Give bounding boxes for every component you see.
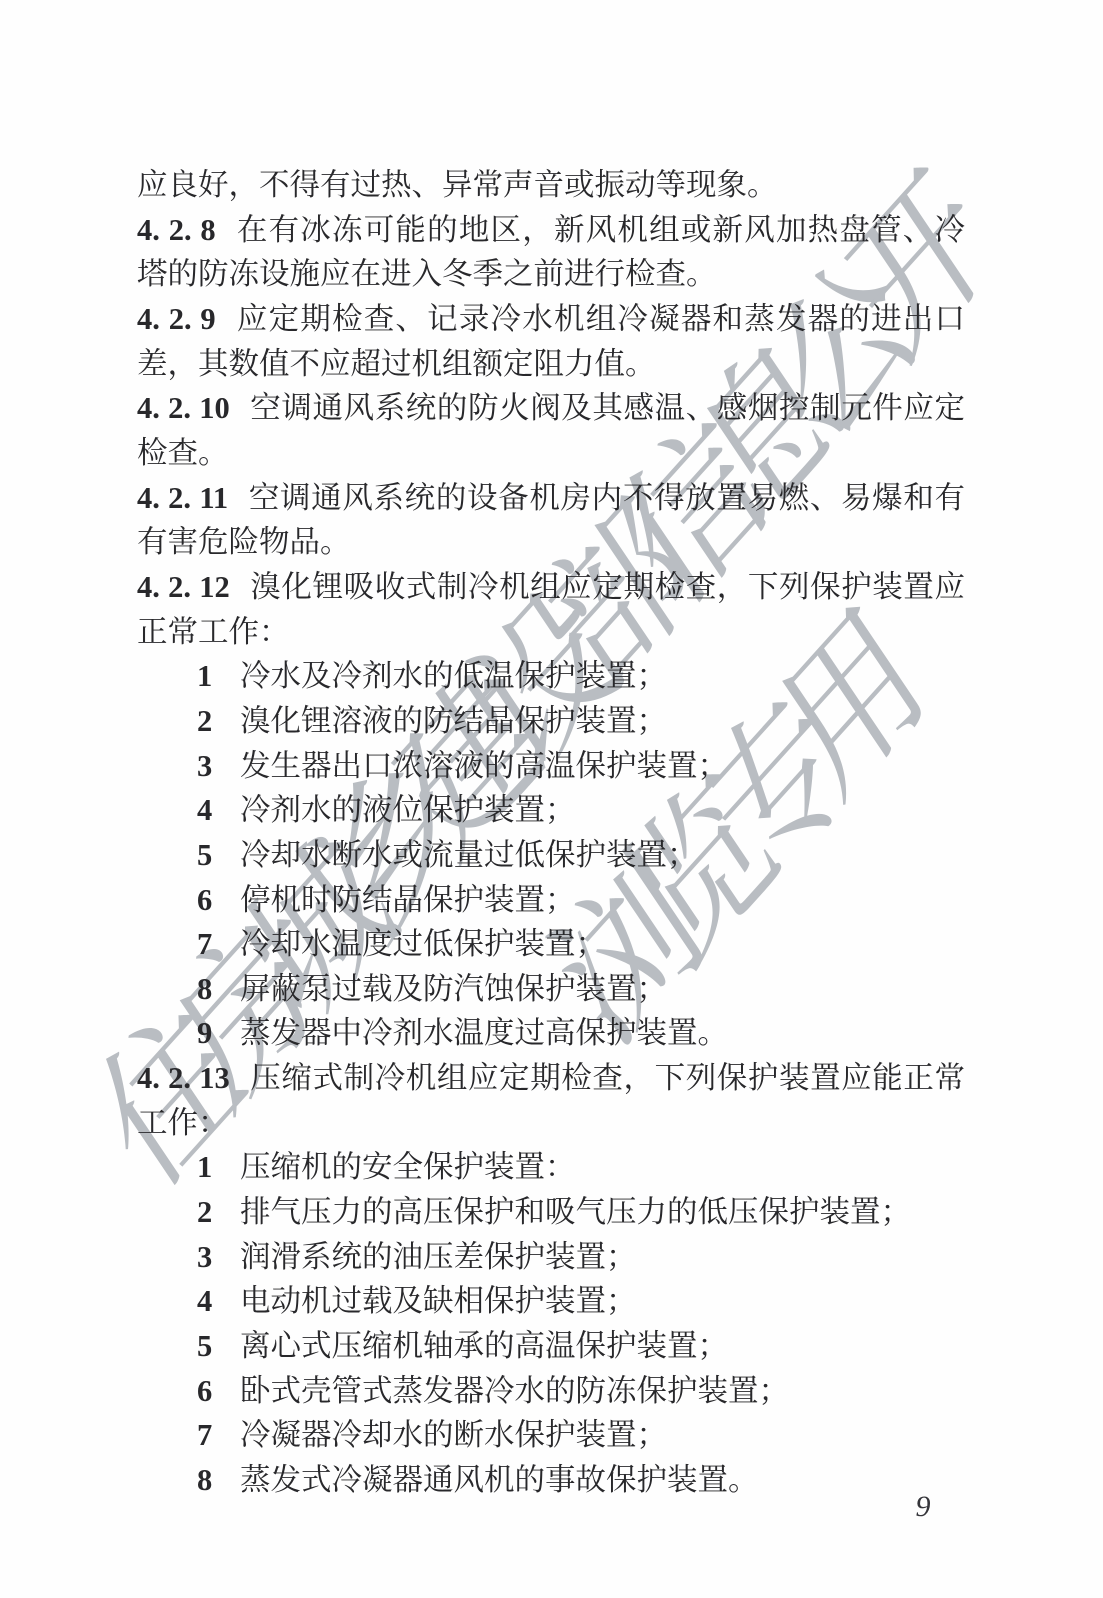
list-item-number: 2: [197, 699, 240, 744]
list-item-line: 7冷凝器冷却水的断水保护装置；: [137, 1413, 965, 1458]
list-item-number: 2: [197, 1190, 240, 1235]
section-4-2-11-line-1: 4. 2. 11空调通风系统的设备机房内不得放置易燃、易爆和有毒: [137, 476, 965, 521]
section-text: 溴化锂吸收式制冷机组应定期检查，下列保护装置应能: [137, 570, 965, 610]
list-item-text: 冷凝器冷却水的断水保护装置；: [240, 1418, 667, 1452]
list-item-text: 发生器出口浓溶液的高温保护装置；: [240, 749, 728, 783]
section-4-2-9-line-1: 4. 2. 9应定期检查、记录冷水机组冷凝器和蒸发器的进出口压: [137, 297, 965, 342]
list-item-number: 6: [197, 878, 240, 923]
page-text: 应良好，不得有过热、异常声音或振动等现象。 4. 2. 8在有冰冻可能的地区，新…: [137, 163, 965, 1503]
section-number: 4. 2. 10: [137, 391, 230, 425]
list-item-number: 9: [197, 1011, 240, 1056]
section-4-2-8-line-1: 4. 2. 8在有冰冻可能的地区，新风机组或新风加热盘管、冷却: [137, 208, 965, 253]
list-item-number: 1: [197, 654, 240, 699]
list-item-line: 8屏蔽泵过载及防汽蚀保护装置；: [137, 967, 965, 1012]
list-item-text: 卧式壳管式蒸发器冷水的防冻保护装置；: [240, 1374, 789, 1408]
section-number: 4. 2. 13: [137, 1061, 230, 1095]
list-item-line: 6停机时防结晶保护装置；: [137, 878, 965, 923]
list-item-line: 3发生器出口浓溶液的高温保护装置；: [137, 744, 965, 789]
list-item-text: 离心式压缩机轴承的高温保护装置；: [240, 1329, 728, 1363]
list-item-text: 冷却水温度过低保护装置；: [240, 927, 606, 961]
section-number: 4. 2. 9: [137, 302, 216, 336]
list-item-number: 8: [197, 967, 240, 1012]
paragraph-continuation-line: 应良好，不得有过热、异常声音或振动等现象。: [137, 163, 965, 208]
section-number: 4. 2. 12: [137, 570, 230, 604]
list-item-line: 9蒸发器中冷剂水温度过高保护装置。: [137, 1011, 965, 1056]
list-item-text: 蒸发器中冷剂水温度过高保护装置。: [240, 1016, 728, 1050]
list-item-text: 屏蔽泵过载及防汽蚀保护装置；: [240, 972, 667, 1006]
list-item-number: 8: [197, 1458, 240, 1503]
list-item-number: 7: [197, 1413, 240, 1458]
list-item-line: 5离心式压缩机轴承的高温保护装置；: [137, 1324, 965, 1369]
list-item-line: 2排气压力的高压保护和吸气压力的低压保护装置；: [137, 1190, 965, 1235]
list-item-number: 1: [197, 1145, 240, 1190]
page-number: 9: [893, 1490, 953, 1524]
list-item-text: 冷剂水的液位保护装置；: [240, 793, 576, 827]
list-item-text: 冷却水断水或流量过低保护装置；: [240, 838, 698, 872]
list-item-line: 1压缩机的安全保护装置：: [137, 1145, 965, 1190]
list-item-text: 停机时防结晶保护装置；: [240, 883, 576, 917]
list-item-text: 溴化锂溶液的防结晶保护装置；: [240, 704, 667, 738]
list-item-line: 7冷却水温度过低保护装置；: [137, 922, 965, 967]
section-4-2-9-line-2: 差，其数值不应超过机组额定阻力值。: [137, 342, 965, 387]
section-text: 空调通风系统的设备机房内不得放置易燃、易爆和有毒: [137, 481, 965, 521]
list-item-text: 蒸发式冷凝器通风机的事故保护装置。: [240, 1463, 759, 1497]
section-text: 在有冰冻可能的地区，新风机组或新风加热盘管、冷却: [137, 213, 965, 253]
list-item-text: 冷水及冷剂水的低温保护装置；: [240, 659, 667, 693]
list-item-number: 4: [197, 1279, 240, 1324]
list-item-line: 8蒸发式冷凝器通风机的事故保护装置。: [137, 1458, 965, 1503]
list-item-line: 3润滑系统的油压差保护装置；: [137, 1235, 965, 1280]
list-item-line: 5冷却水断水或流量过低保护装置；: [137, 833, 965, 878]
section-4-2-10-line-1: 4. 2. 10空调通风系统的防火阀及其感温、感烟控制元件应定期: [137, 386, 965, 431]
list-item-number: 3: [197, 1235, 240, 1280]
section-text: 压缩式制冷机组应定期检查，下列保护装置应能正常: [250, 1061, 965, 1095]
list-item-line: 4冷剂水的液位保护装置；: [137, 788, 965, 833]
list-item-text: 排气压力的高压保护和吸气压力的低压保护装置；: [240, 1195, 911, 1229]
list-item-text: 压缩机的安全保护装置：: [240, 1150, 576, 1184]
section-number: 4. 2. 8: [137, 213, 216, 247]
section-4-2-11-line-2: 有害危险物品。: [137, 520, 965, 565]
list-item-line: 4电动机过载及缺相保护装置；: [137, 1279, 965, 1324]
list-item-line: 1冷水及冷剂水的低温保护装置；: [137, 654, 965, 699]
section-4-2-13-line-2: 工作：: [137, 1101, 965, 1146]
section-4-2-12-line-2: 正常工作：: [137, 610, 965, 655]
section-text: 空调通风系统的防火阀及其感温、感烟控制元件应定期: [137, 391, 965, 431]
list-item-text: 润滑系统的油压差保护装置；: [240, 1240, 637, 1274]
section-4-2-13-line-1: 4. 2. 13压缩式制冷机组应定期检查，下列保护装置应能正常: [137, 1056, 965, 1101]
list-item-line: 6卧式壳管式蒸发器冷水的防冻保护装置；: [137, 1369, 965, 1414]
list-item-number: 7: [197, 922, 240, 967]
section-number: 4. 2. 11: [137, 481, 228, 515]
list-item-line: 2溴化锂溶液的防结晶保护装置；: [137, 699, 965, 744]
section-text: 应定期检查、记录冷水机组冷凝器和蒸发器的进出口压: [137, 302, 965, 342]
list-item-number: 3: [197, 744, 240, 789]
list-item-text: 电动机过载及缺相保护装置；: [240, 1284, 637, 1318]
list-item-number: 6: [197, 1369, 240, 1414]
list-item-number: 5: [197, 833, 240, 878]
list-item-number: 4: [197, 788, 240, 833]
section-4-2-10-line-2: 检查。: [137, 431, 965, 476]
section-4-2-8-line-2: 塔的防冻设施应在进入冬季之前进行检查。: [137, 252, 965, 297]
section-4-2-12-line-1: 4. 2. 12溴化锂吸收式制冷机组应定期检查，下列保护装置应能: [137, 565, 965, 610]
list-item-number: 5: [197, 1324, 240, 1369]
